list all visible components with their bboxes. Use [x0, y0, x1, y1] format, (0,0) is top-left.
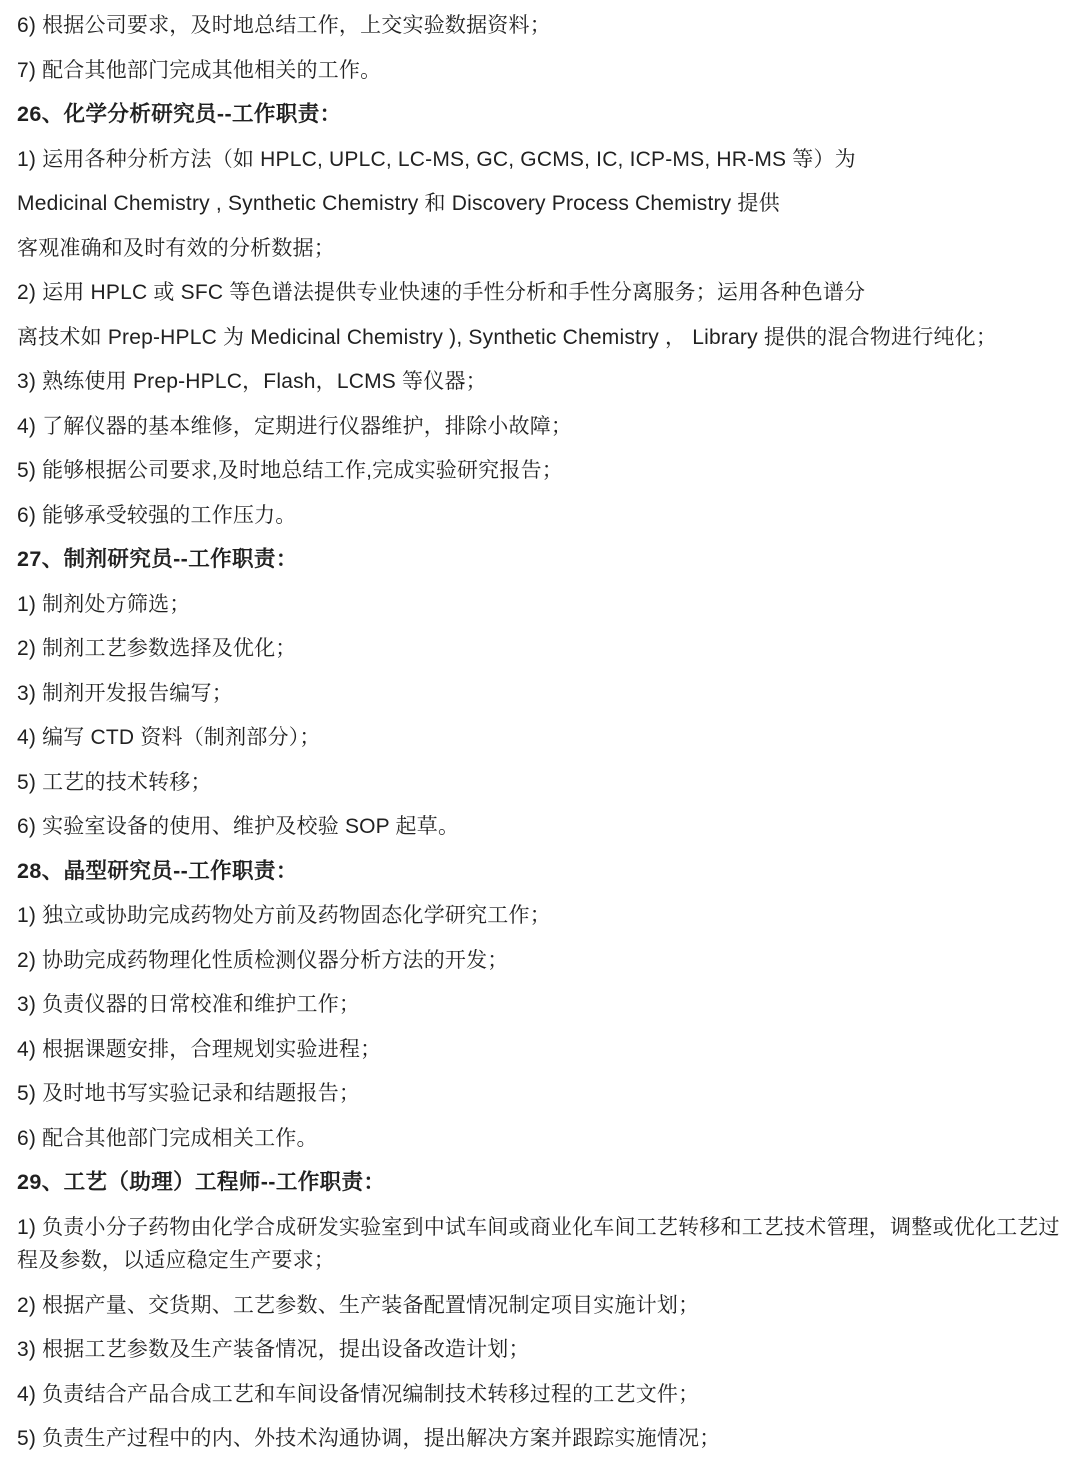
- duty-line: 3) 制剂开发报告编写；: [17, 677, 1066, 711]
- duty-line: 2) 协助完成药物理化性质检测仪器分析方法的开发；: [17, 944, 1066, 978]
- duty-line: 6) 配合其他部门完成相关工作。: [17, 1122, 1066, 1156]
- duty-line: 3) 根据工艺参数及生产装备情况，提出设备改造计划；: [17, 1333, 1066, 1367]
- duty-line: 5) 工艺的技术转移；: [17, 766, 1066, 800]
- section-heading: 27、制剂研究员--工作职责：: [17, 543, 1066, 577]
- duty-line: 3) 负责仪器的日常校准和维护工作；: [17, 988, 1066, 1022]
- duty-line: 4) 了解仪器的基本维修，定期进行仪器维护，排除小故障；: [17, 410, 1066, 444]
- duty-line: 1) 运用各种分析方法（如 HPLC, UPLC, LC-MS, GC, GCM…: [17, 143, 1066, 177]
- duty-line: 5) 能够根据公司要求,及时地总结工作,完成实验研究报告；: [17, 454, 1066, 488]
- duty-line: 1) 独立或协助完成药物处方前及药物固态化学研究工作；: [17, 899, 1066, 933]
- duty-line: 4) 负责结合产品合成工艺和车间设备情况编制技术转移过程的工艺文件；: [17, 1378, 1066, 1412]
- duty-line: 客观准确和及时有效的分析数据；: [17, 232, 1066, 266]
- duty-line: 2) 运用 HPLC 或 SFC 等色谱法提供专业快速的手性分析和手性分离服务；…: [17, 276, 1066, 310]
- duty-line: 4) 根据课题安排，合理规划实验进程；: [17, 1033, 1066, 1067]
- duty-line: 6) 实验室设备的使用、维护及校验 SOP 起草。: [17, 810, 1066, 844]
- duty-line: Medicinal Chemistry , Synthetic Chemistr…: [17, 187, 1066, 221]
- duty-line: 6) 根据公司要求，及时地总结工作，上交实验数据资料；: [17, 9, 1066, 43]
- document-page: 6) 根据公司要求，及时地总结工作，上交实验数据资料；7) 配合其他部门完成其他…: [0, 0, 1080, 1464]
- duty-line: 4) 编写 CTD 资料（制剂部分）；: [17, 721, 1066, 755]
- section-heading: 29、工艺（助理）工程师--工作职责：: [17, 1166, 1066, 1200]
- duty-line: 7) 配合其他部门完成其他相关的工作。: [17, 54, 1066, 88]
- duty-line: 5) 负责生产过程中的内、外技术沟通协调，提出解决方案并跟踪实施情况；: [17, 1422, 1066, 1456]
- duty-line: 2) 根据产量、交货期、工艺参数、生产装备配置情况制定项目实施计划；: [17, 1289, 1066, 1323]
- duty-line: 1) 制剂处方筛选；: [17, 588, 1066, 622]
- section-heading: 26、化学分析研究员--工作职责：: [17, 98, 1066, 132]
- duty-line: 3) 熟练使用 Prep-HPLC，Flash，LCMS 等仪器；: [17, 365, 1066, 399]
- duty-line: 离技术如 Prep-HPLC 为 Medicinal Chemistry ), …: [17, 321, 1066, 355]
- duty-line: 1) 负责小分子药物由化学合成研发实验室到中试车间或商业化车间工艺转移和工艺技术…: [17, 1211, 1066, 1278]
- duty-line: 5) 及时地书写实验记录和结题报告；: [17, 1077, 1066, 1111]
- section-heading: 28、晶型研究员--工作职责：: [17, 855, 1066, 889]
- duty-line: 2) 制剂工艺参数选择及优化；: [17, 632, 1066, 666]
- duty-line: 6) 能够承受较强的工作压力。: [17, 499, 1066, 533]
